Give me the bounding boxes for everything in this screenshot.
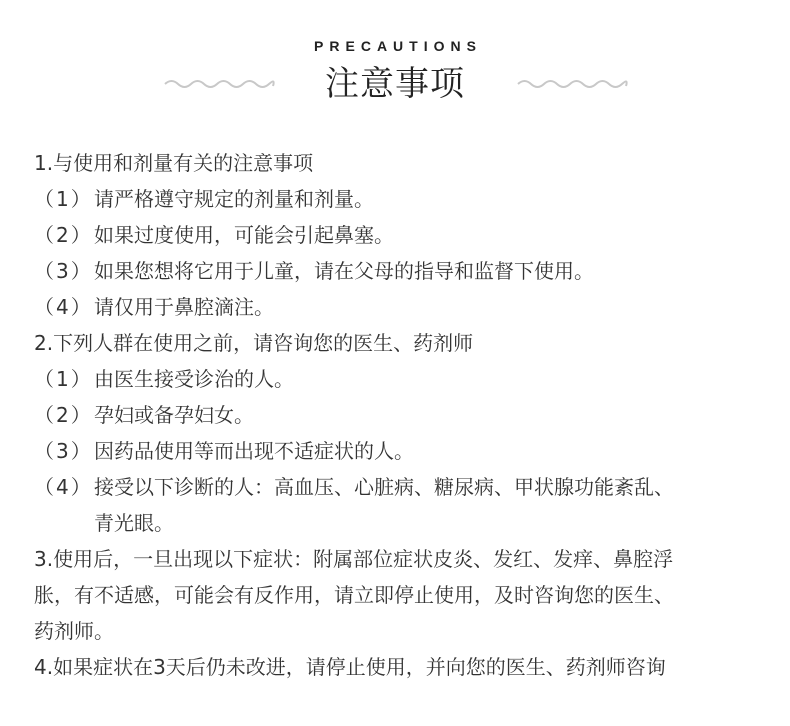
- paragraph-line: 胀，有不适感，可能会有反作用，请立即停止使用，及时咨询您的医生、: [34, 577, 774, 613]
- item-text: 如果过度使用，可能会引起鼻塞。: [94, 217, 774, 253]
- page-title: 注意事项: [0, 62, 790, 106]
- item-text: 因药品使用等而出现不适症状的人。: [94, 433, 774, 469]
- item-number: （3）: [34, 433, 94, 469]
- item-text: 请仅用于鼻腔滴注。: [94, 289, 774, 325]
- list-item: （3） 因药品使用等而出现不适症状的人。: [34, 433, 774, 469]
- list-item: （2） 孕妇或备孕妇女。: [34, 397, 774, 433]
- item-number: （2）: [34, 397, 94, 433]
- section-heading: 1.与使用和剂量有关的注意事项: [34, 145, 774, 181]
- list-item: （3） 如果您想将它用于儿童，请在父母的指导和监督下使用。: [34, 253, 774, 289]
- section-eyebrow: PRECAUTIONS: [0, 38, 790, 54]
- paragraph-line: 药剂师。: [34, 613, 774, 649]
- wave-divider-right-icon: [516, 77, 628, 91]
- item-text: 请严格遵守规定的剂量和剂量。: [94, 181, 774, 217]
- item-number: （1）: [34, 181, 94, 217]
- section-heading: 2.下列人群在使用之前，请咨询您的医生、药剂师: [34, 325, 774, 361]
- list-item: （4） 接受以下诊断的人：高血压、心脏病、糖尿病、甲状腺功能紊乱、: [34, 469, 774, 505]
- precautions-content: 1.与使用和剂量有关的注意事项 （1） 请严格遵守规定的剂量和剂量。 （2） 如…: [34, 145, 774, 685]
- item-text: 如果您想将它用于儿童，请在父母的指导和监督下使用。: [94, 253, 774, 289]
- item-text: 孕妇或备孕妇女。: [94, 397, 774, 433]
- item-text-continuation: 青光眼。: [34, 505, 774, 541]
- list-item: （4） 请仅用于鼻腔滴注。: [34, 289, 774, 325]
- item-text: 由医生接受诊治的人。: [94, 361, 774, 397]
- list-item: （2） 如果过度使用，可能会引起鼻塞。: [34, 217, 774, 253]
- item-number: （4）: [34, 469, 94, 505]
- item-number: （4）: [34, 289, 94, 325]
- list-item: （1） 由医生接受诊治的人。: [34, 361, 774, 397]
- item-number: （3）: [34, 253, 94, 289]
- precautions-header: PRECAUTIONS 注意事项: [0, 0, 790, 120]
- list-item: （1） 请严格遵守规定的剂量和剂量。: [34, 181, 774, 217]
- item-text: 接受以下诊断的人：高血压、心脏病、糖尿病、甲状腺功能紊乱、: [94, 469, 774, 505]
- paragraph-line: 3.使用后，一旦出现以下症状：附属部位症状皮炎、发红、发痒、鼻腔浮: [34, 541, 774, 577]
- item-number: （2）: [34, 217, 94, 253]
- item-number: （1）: [34, 361, 94, 397]
- paragraph-line: 4.如果症状在3天后仍未改进，请停止使用，并向您的医生、药剂师咨询: [34, 649, 774, 685]
